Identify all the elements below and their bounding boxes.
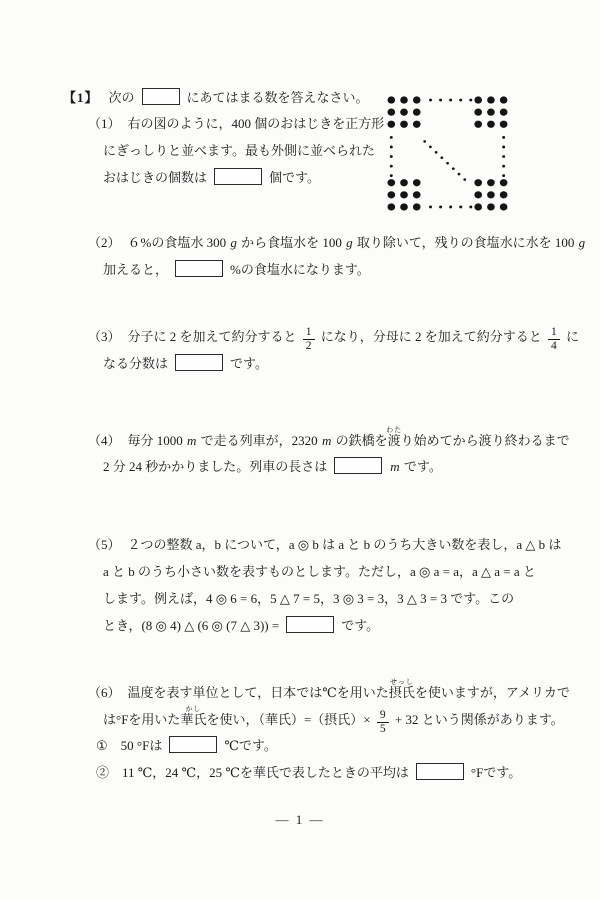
question-6: （6）温度を表す単位として，日本では℃を用いた摂氏せっしを使いますが，アメリカで… <box>88 678 570 786</box>
answer-blank <box>214 168 262 185</box>
question-3-number: （3） <box>88 329 121 344</box>
answer-blank <box>175 354 223 371</box>
question-5-text-1: ２つの整数 a，b について，a ◎ b は a と b のうち大きい数を表し，… <box>128 537 562 552</box>
question-6-text-1: 温度を表す単位として，日本では℃を用いた摂氏せっしを使いますが，アメリカで <box>128 685 570 700</box>
exam-page: 【1】次のにあてはまる数を答えなさい。 （1）右の図のように，400 個のおはじ… <box>0 0 600 900</box>
question-2: （2）６%の食塩水 300 g から食塩水を 100 g 取り除いて，残りの食塩… <box>88 229 586 283</box>
question-4-line-1: （4）毎分 1000 m で走る列車が，2320 m の鉄橋を渡わたり始めてから… <box>88 426 570 453</box>
question-6-number: （6） <box>88 685 121 700</box>
ruby-text: 渡わた <box>388 433 401 448</box>
answer-blank <box>334 457 382 474</box>
question-1-number: （1） <box>88 116 121 131</box>
answer-blank <box>175 260 223 277</box>
answer-blank <box>286 616 334 633</box>
problem-1-heading: 【1】次のにあてはまる数を答えなさい。 <box>63 84 369 111</box>
question-5-line-2: a と b のうち小さい数を表すものとします。ただし，a ◎ a = a，a △… <box>88 558 561 585</box>
question-2-line-1: （2）６%の食塩水 300 g から食塩水を 100 g 取り除いて，残りの食塩… <box>88 229 586 256</box>
question-5-line-1: （5）２つの整数 a，b について，a ◎ b は a と b のうち大きい数を… <box>88 531 561 558</box>
question-5: （5）２つの整数 a，b について，a ◎ b は a と b のうち大きい数を… <box>88 531 561 639</box>
question-1-line-3: おはじきの個数は個です。 <box>88 164 384 191</box>
question-3-line-2: なる分数はです。 <box>88 350 579 377</box>
question-2-text-1: ６%の食塩水 300 g から食塩水を 100 g 取り除いて，残りの食塩水に水… <box>128 235 587 250</box>
problem-1-label: 【1】 <box>63 90 99 105</box>
answer-blank <box>416 763 464 780</box>
question-4-text-1: 毎分 1000 m で走る列車が，2320 m の鉄橋を渡わたり始めてから渡り終… <box>128 433 570 448</box>
question-4-line-2: 2 分 24 秒かかりました。列車の長さはm です。 <box>88 453 570 480</box>
beads-figure <box>386 95 510 213</box>
answer-blank <box>142 88 180 105</box>
question-3-text-1: 分子に 2 を加えて約分すると 12 になり，分母に 2 を加えて約分すると 1… <box>128 329 580 344</box>
fraction: 12 <box>303 326 315 352</box>
beads-figure-svg <box>386 95 510 213</box>
question-4-number: （4） <box>88 433 121 448</box>
question-3-line-1: （3）分子に 2 を加えて約分すると 12 になり，分母に 2 を加えて約分する… <box>88 323 579 350</box>
question-5-line-3: します。例えば，4 ◎ 6 = 6，5 △ 7 = 5，3 ◎ 3 = 3，3 … <box>88 585 561 612</box>
fraction: 95 <box>377 709 389 735</box>
question-2-line-2: 加えると，%の食塩水になります。 <box>88 256 586 283</box>
ruby-text: 華氏かし <box>180 712 206 727</box>
answer-blank <box>169 736 217 753</box>
question-1-text-1: 右の図のように，400 個のおはじきを正方形 <box>128 116 385 131</box>
question-6-subitem-1: ① 50 °Fは℃です。 <box>88 732 570 759</box>
question-1-line-2: にぎっしりと並べます。最も外側に並べられた <box>88 137 384 164</box>
question-6-line-2: は°Fを用いた華氏かしを使い，（華氏）=（摂氏）× 95 + 32 という関係が… <box>88 705 570 732</box>
question-5-number: （5） <box>88 537 121 552</box>
question-6-line-1: （6）温度を表す単位として，日本では℃を用いた摂氏せっしを使いますが，アメリカで <box>88 678 570 705</box>
question-2-number: （2） <box>88 235 121 250</box>
question-1-line-1: （1）右の図のように，400 個のおはじきを正方形 <box>88 110 384 137</box>
ruby-text: 摂氏せっし <box>389 685 415 700</box>
question-1: （1）右の図のように，400 個のおはじきを正方形 にぎっしりと並べます。最も外… <box>88 110 384 191</box>
question-3: （3）分子に 2 を加えて約分すると 12 になり，分母に 2 を加えて約分する… <box>88 323 579 377</box>
fraction: 14 <box>548 326 560 352</box>
question-6-subitem-2: ② 11 ℃，24 ℃，25 ℃を華氏で表したときの平均は°Fです。 <box>88 759 570 786</box>
page-number: — 1 — <box>0 812 600 828</box>
question-4: （4）毎分 1000 m で走る列車が，2320 m の鉄橋を渡わたり始めてから… <box>88 426 570 480</box>
question-5-line-4: とき，(8 ◎ 4) △ (6 ◎ (7 △ 3)) =です。 <box>88 612 561 639</box>
problem-1-instruction: 次のにあてはまる数を答えなさい。 <box>109 90 369 105</box>
